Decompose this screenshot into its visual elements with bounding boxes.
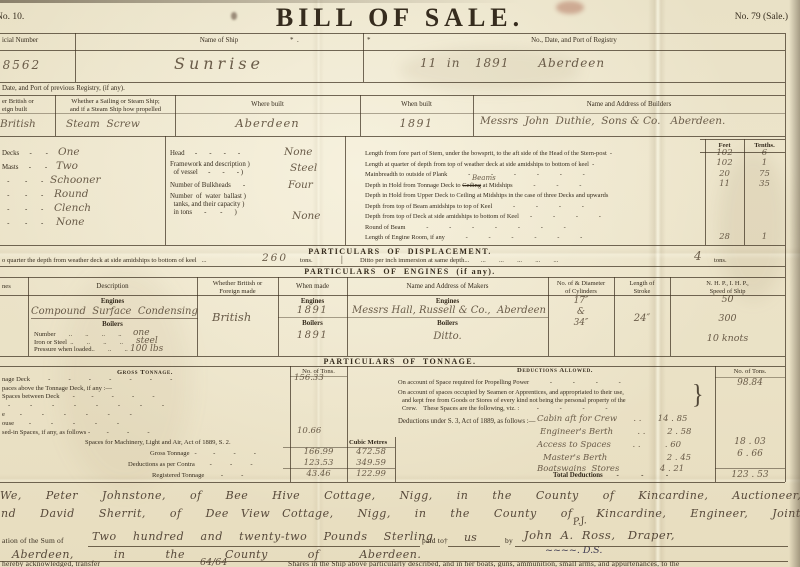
cylinder-diameter-value: 34″ bbox=[548, 318, 614, 328]
buyer-name: John A. Ross, Draper, bbox=[524, 528, 675, 542]
footnote-mark: * . bbox=[290, 36, 299, 44]
closed-in-spaces-value: 10.66 bbox=[297, 426, 321, 436]
engines-year: 1891 bbox=[278, 305, 347, 316]
ballast-value: None bbox=[292, 210, 321, 222]
engines-count-header: nes bbox=[2, 283, 11, 292]
makers-header: Name and Address of Makers bbox=[347, 283, 548, 292]
bulkheads-value: Four bbox=[288, 179, 313, 191]
table-line bbox=[0, 33, 785, 34]
deduction-subtotal: 6 . 66 bbox=[715, 449, 785, 459]
measurement-text: Depth in Hold from Tonnage Deck to bbox=[365, 182, 462, 189]
table-line bbox=[744, 139, 745, 245]
consideration-label: ation of the Sum of bbox=[2, 536, 64, 545]
table-line bbox=[290, 376, 347, 377]
when-made-header: When made bbox=[278, 283, 347, 292]
table-line bbox=[0, 366, 785, 367]
tons-unit: tons. bbox=[714, 257, 727, 266]
total-deductions-value: 123 . 53 bbox=[715, 470, 785, 480]
boilers-subheader: Boilers bbox=[278, 320, 347, 329]
framework-label: of vessel - - - ) bbox=[170, 169, 243, 178]
table-line bbox=[715, 377, 785, 378]
measurement-row: Round of Beam - - - - - - - bbox=[365, 224, 566, 232]
table-line bbox=[670, 277, 671, 356]
decks-value: One bbox=[58, 146, 80, 158]
deduction-item: Cabin aft for Crew . . 14 . 85 bbox=[537, 414, 687, 424]
engine-description-header: Description bbox=[28, 283, 197, 292]
table-line bbox=[165, 136, 166, 245]
table-line bbox=[715, 366, 716, 482]
tonnage-row-label: ouse - - - - - bbox=[2, 420, 119, 429]
table-line bbox=[283, 447, 395, 448]
table-line bbox=[345, 136, 346, 245]
table-line bbox=[28, 277, 29, 356]
sum-value: Two hundred and twenty-two Pounds Sterli… bbox=[92, 530, 434, 543]
handwritten-correction: Beams bbox=[472, 174, 496, 182]
ballast-label: in tons - - ) bbox=[170, 209, 237, 218]
paid-to-whom: us bbox=[464, 531, 477, 544]
cylinder-diameter-value: 17″ bbox=[548, 296, 614, 306]
build-method-label: - - - bbox=[2, 206, 43, 215]
registered-tonnage-label: Registered Tonnage - - bbox=[152, 472, 243, 481]
table-line bbox=[705, 139, 706, 245]
measurement-row: Depth from top of Beam amidships to top … bbox=[365, 203, 584, 211]
table-line bbox=[0, 266, 785, 267]
cylinder-diameter-value: & bbox=[548, 307, 614, 317]
table-line bbox=[785, 33, 786, 482]
builders-value: Messrs John Duthie, Sons & Co. Aberdeen. bbox=[480, 115, 725, 127]
propelling-power-value: 98.84 bbox=[715, 378, 785, 388]
registry-value: 11 in 1891 Aberdeen bbox=[420, 56, 605, 70]
boilers-subheader: Boilers bbox=[347, 320, 548, 329]
deductions-contra-label: Deductions as per Contra - - - bbox=[128, 461, 253, 470]
table-line bbox=[0, 482, 785, 483]
bulkheads-label: Number of Bulkheads - bbox=[170, 182, 245, 191]
measurement-row: Depth in Hold from Upper Deck to Ceiling… bbox=[365, 192, 608, 200]
table-line bbox=[0, 50, 785, 51]
total-deductions-label: Total Deductions - - - bbox=[553, 472, 668, 481]
ship-name-value: Sunrise bbox=[75, 54, 363, 73]
when-built-label: When built bbox=[360, 101, 473, 110]
tonnage-row-label: nage Deck - - - - - - - bbox=[2, 376, 172, 385]
official-number-value: 98562 bbox=[0, 58, 41, 72]
table-line bbox=[700, 152, 785, 153]
displacement-tons-value: 260 bbox=[262, 252, 288, 264]
measurement-row: Length at quarter of depth from top of w… bbox=[365, 161, 594, 169]
s3-deductions-label: Deductions under S. 3, Act of 1889, as f… bbox=[398, 418, 535, 426]
table-line bbox=[0, 245, 785, 246]
feet-value: 20 bbox=[705, 169, 744, 179]
table-line bbox=[360, 95, 361, 136]
table-line bbox=[0, 82, 785, 83]
table-line bbox=[0, 136, 785, 137]
table-line bbox=[283, 468, 395, 469]
struck-word: Ceiling bbox=[462, 182, 481, 189]
right-edge-shadow bbox=[789, 0, 800, 567]
machinery-spaces-label: Spaces for Machinery, Light and Air, Act… bbox=[85, 439, 231, 448]
deduct-tons-value: 123.53 bbox=[290, 458, 347, 468]
table-line bbox=[75, 33, 76, 82]
builders-label: Name and Address of Builders bbox=[473, 101, 785, 110]
table-line bbox=[0, 356, 785, 357]
table-line bbox=[715, 468, 785, 469]
table-line bbox=[0, 295, 785, 296]
by-label: by bbox=[505, 536, 513, 545]
signature-rule bbox=[0, 561, 788, 562]
rig-value: Schooner bbox=[50, 174, 100, 186]
masts-label: Masts - - bbox=[2, 164, 47, 173]
table-line bbox=[175, 95, 176, 136]
brace-glyph: } bbox=[692, 380, 704, 411]
deductions-allowed-header: Deductions Allowed. bbox=[395, 367, 715, 376]
feet-value: 102 bbox=[705, 158, 744, 168]
table-line bbox=[363, 33, 364, 82]
tenths-value: 6 bbox=[744, 148, 785, 158]
tons-column-header: No. of Tons. bbox=[715, 368, 785, 377]
shares-fraction: 64/64 bbox=[200, 557, 227, 567]
table-line bbox=[548, 277, 549, 356]
divider-bar: | bbox=[341, 254, 343, 264]
galleries-value: None bbox=[56, 216, 85, 228]
where-built-label: Where built bbox=[175, 101, 360, 110]
tenths-value: 35 bbox=[744, 179, 785, 189]
masts-value: Two bbox=[56, 160, 78, 172]
table-line bbox=[0, 95, 785, 96]
registered-cubic-value: 122.99 bbox=[347, 469, 395, 479]
boiler-makers-value: Ditto. bbox=[347, 331, 548, 342]
table-line bbox=[700, 139, 785, 140]
deduct-cubic-value: 349.59 bbox=[347, 458, 395, 468]
crew-spaces-paragraph: and kept free from Goods or Stores of ev… bbox=[402, 397, 626, 405]
feet-value: 28 bbox=[705, 232, 744, 242]
signature-rule bbox=[448, 546, 500, 547]
official-number-label: icial Number bbox=[2, 37, 38, 46]
head-value: None bbox=[284, 146, 313, 158]
measurement-row: Length from fore part of Stem, under the… bbox=[365, 150, 612, 158]
table-line bbox=[0, 277, 785, 278]
where-built-value: Aberdeen bbox=[175, 116, 360, 130]
table-line bbox=[278, 317, 548, 318]
rig-label: - - - bbox=[2, 178, 43, 187]
measurement-row: Length of Engine Room, if any - - - - - … bbox=[365, 234, 582, 242]
deduction-subtotal: 18 . 03 bbox=[715, 437, 785, 447]
table-line bbox=[290, 366, 291, 482]
tonnage-row-label: - - - - - - - - bbox=[8, 402, 164, 411]
tonnage-row-label: Spaces between Deck - - - - - bbox=[2, 393, 155, 402]
stern-label: - - - bbox=[2, 192, 43, 201]
speed-value: 10 knots bbox=[670, 333, 785, 344]
page-title: BILL OF SALE. bbox=[180, 3, 620, 33]
propulsion-value: Steam Screw bbox=[66, 118, 140, 130]
galleries-label: - - - bbox=[2, 220, 43, 229]
measurement-row: Depth from top of Deck at side amidships… bbox=[365, 213, 601, 221]
tonnage-row-label: sed-in Spaces, if any, as follows - - - … bbox=[2, 429, 150, 438]
table-line bbox=[395, 437, 396, 482]
registered-tons-value: 43.46 bbox=[290, 469, 347, 479]
gross-tons-value: 166.99 bbox=[290, 447, 347, 457]
feet-value: 11 bbox=[705, 179, 744, 189]
engine-makers-value: Messrs Hall, Russell & Co., Aberdeen bbox=[352, 305, 546, 316]
build-method-value: Clench bbox=[54, 202, 91, 214]
when-built-value: 1891 bbox=[360, 117, 473, 130]
feet-value: 102 bbox=[705, 148, 744, 158]
deduction-item: Engineer's Berth . . 2 . 58 bbox=[540, 427, 691, 437]
boiler-pressure-label: Pressure when loaded.. .. .. bbox=[34, 346, 128, 355]
decks-label: Decks - - bbox=[2, 150, 48, 159]
tenths-value: 1 bbox=[744, 158, 785, 168]
gross-cubic-value: 472.58 bbox=[347, 447, 395, 457]
immersion-value: 4 bbox=[694, 249, 702, 263]
measurement-text: at Midships - - - bbox=[481, 182, 581, 189]
tonnage-deck-value: 156.33 bbox=[294, 373, 324, 383]
table-line bbox=[197, 277, 198, 356]
tenths-value: 1 bbox=[744, 232, 785, 242]
power-header: N. H. P., I. H. P., bbox=[670, 280, 785, 288]
propelling-power-label: On account of Space required for Propell… bbox=[398, 379, 621, 387]
tenths-value: 75 bbox=[744, 169, 785, 179]
doc-number-left: No. 10. bbox=[0, 12, 24, 22]
cylinders-header: No. of & Diameter bbox=[548, 280, 614, 288]
table-line bbox=[473, 95, 474, 136]
displacement-title: PARTICULARS OF DISPLACEMENT. bbox=[200, 247, 600, 256]
table-line bbox=[614, 277, 615, 356]
tonnage-row-label: paces above the Tonnage Deck, if any :— bbox=[2, 385, 112, 394]
owner-line-2: and David Sherrit, of Dee View Cottage, … bbox=[0, 507, 800, 520]
table-line bbox=[278, 277, 279, 356]
initials-pj: P.J. bbox=[572, 515, 587, 528]
stern-value: Round bbox=[54, 188, 88, 200]
crew-spaces-paragraph: Crew. These Spaces are the following, vi… bbox=[402, 405, 608, 413]
measurement-row: Depth in Hold from Tonnage Deck to Ceili… bbox=[365, 182, 581, 190]
head-label: Head - - - - bbox=[170, 150, 240, 159]
boilers-subheader: Boilers bbox=[28, 321, 197, 330]
engine-origin-value: British bbox=[212, 310, 251, 324]
signature-rule bbox=[88, 546, 420, 547]
stroke-header: Length of bbox=[614, 280, 670, 288]
previous-registry-label: Date, and Port of previous Registry, (if… bbox=[2, 85, 125, 94]
bill-of-sale-document: No. 10. BILL OF SALE. No. 79 (Sale.) ici… bbox=[0, 0, 800, 567]
boilers-year: 1891 bbox=[278, 330, 347, 341]
ihp-value: 300 bbox=[670, 313, 785, 324]
crew-spaces-paragraph: On account of spaces occupied by Seamen … bbox=[398, 389, 624, 397]
gross-tonnage-label: Gross Tonnage - - - - bbox=[150, 450, 256, 459]
tonnage-title: PARTICULARS OF TONNAGE. bbox=[200, 357, 600, 366]
signature-rule bbox=[515, 546, 788, 547]
engine-description-value: Compound Surface Condensing bbox=[31, 306, 198, 319]
tonnage-row-label: e - - - - - - bbox=[2, 411, 132, 420]
displacement-right-text: Ditto per inch immersion at same depth..… bbox=[360, 257, 558, 266]
owner-line-1: We, Peter Johnstone, of Bee Hive Cottage… bbox=[0, 489, 800, 502]
table-line bbox=[55, 95, 56, 136]
table-line bbox=[347, 277, 348, 356]
framework-value: Steel bbox=[290, 162, 317, 174]
stroke-value: 24″ bbox=[614, 313, 670, 324]
deduction-item: Access to Spaces . . . 60 bbox=[537, 440, 681, 450]
paid-to-label: paid to† bbox=[422, 536, 448, 545]
doc-number-right: No. 79 (Sale.) bbox=[670, 12, 788, 22]
table-line bbox=[347, 366, 348, 482]
engines-title: PARTICULARS OF ENGINES (if any). bbox=[200, 267, 600, 276]
ship-name-label: Name of Ship bbox=[75, 37, 363, 46]
paper-stain bbox=[400, 48, 580, 92]
boiler-pressure-value: 100 lbs bbox=[130, 344, 163, 354]
table-line bbox=[0, 113, 785, 114]
built-origin-value: British bbox=[0, 118, 36, 130]
deduction-item: Master's Berth 2 . 45 bbox=[543, 453, 691, 463]
tons-unit: tons. bbox=[300, 257, 313, 266]
displacement-left-text: o quarter the depth from weather deck at… bbox=[2, 257, 207, 266]
registry-label: No., Date, and Port of Registry bbox=[363, 37, 785, 46]
